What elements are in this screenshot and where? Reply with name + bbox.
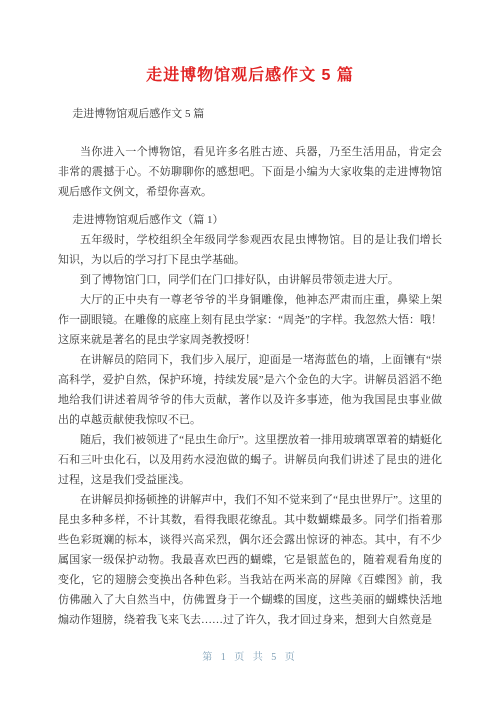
body-paragraph: 在讲解员抑扬顿挫的讲解声中，我们不知不觉来到了“昆虫世界厅”。这里的昆虫多种多样…	[58, 490, 442, 630]
page-footer: 第 1 页 共 5 页	[0, 648, 500, 663]
intro-paragraph: 当你进入一个博物馆，看见许多名胜古迹、兵器，乃至生活用品，肯定会非常的震撼于心。…	[58, 142, 442, 202]
page-number: 第 1 页 共 5 页	[202, 652, 298, 663]
section-heading: 走进博物馆观后感作文（篇 1）	[58, 210, 442, 230]
document-page: 走进博物馆观后感作文 5 篇 走进博物馆观后感作文 5 篇 当你进入一个博物馆，…	[0, 0, 500, 707]
body-paragraph: 大厅的正中央有一尊老爷爷的半身铜雕像，他神态严肃而庄重，鼻梁上架作一副眼镜。在雕…	[58, 290, 442, 350]
body-paragraph: 在讲解员的陪同下，我们步入展厅，迎面是一堵海蓝色的墙，上面镶有“崇高科学，爱护自…	[58, 350, 442, 430]
document-subtitle: 走进博物馆观后感作文 5 篇	[58, 104, 442, 124]
document-body: 走进博物馆观后感作文 5 篇 当你进入一个博物馆，看见许多名胜古迹、兵器，乃至生…	[58, 104, 442, 630]
body-paragraph: 五年级时，学校组织全年级同学参观西农昆虫博物馆。目的是让我们增长知识，为以后的学…	[58, 230, 442, 270]
document-title: 走进博物馆观后感作文 5 篇	[0, 0, 500, 88]
body-paragraph: 随后，我们被领进了“昆虫生命厅”。这里摆放着一排用玻璃罩罩着的蜻蜓化石和三叶虫化…	[58, 430, 442, 490]
body-paragraph: 到了博物馆门口，同学们在门口排好队，由讲解员带领走进大厅。	[58, 270, 442, 290]
